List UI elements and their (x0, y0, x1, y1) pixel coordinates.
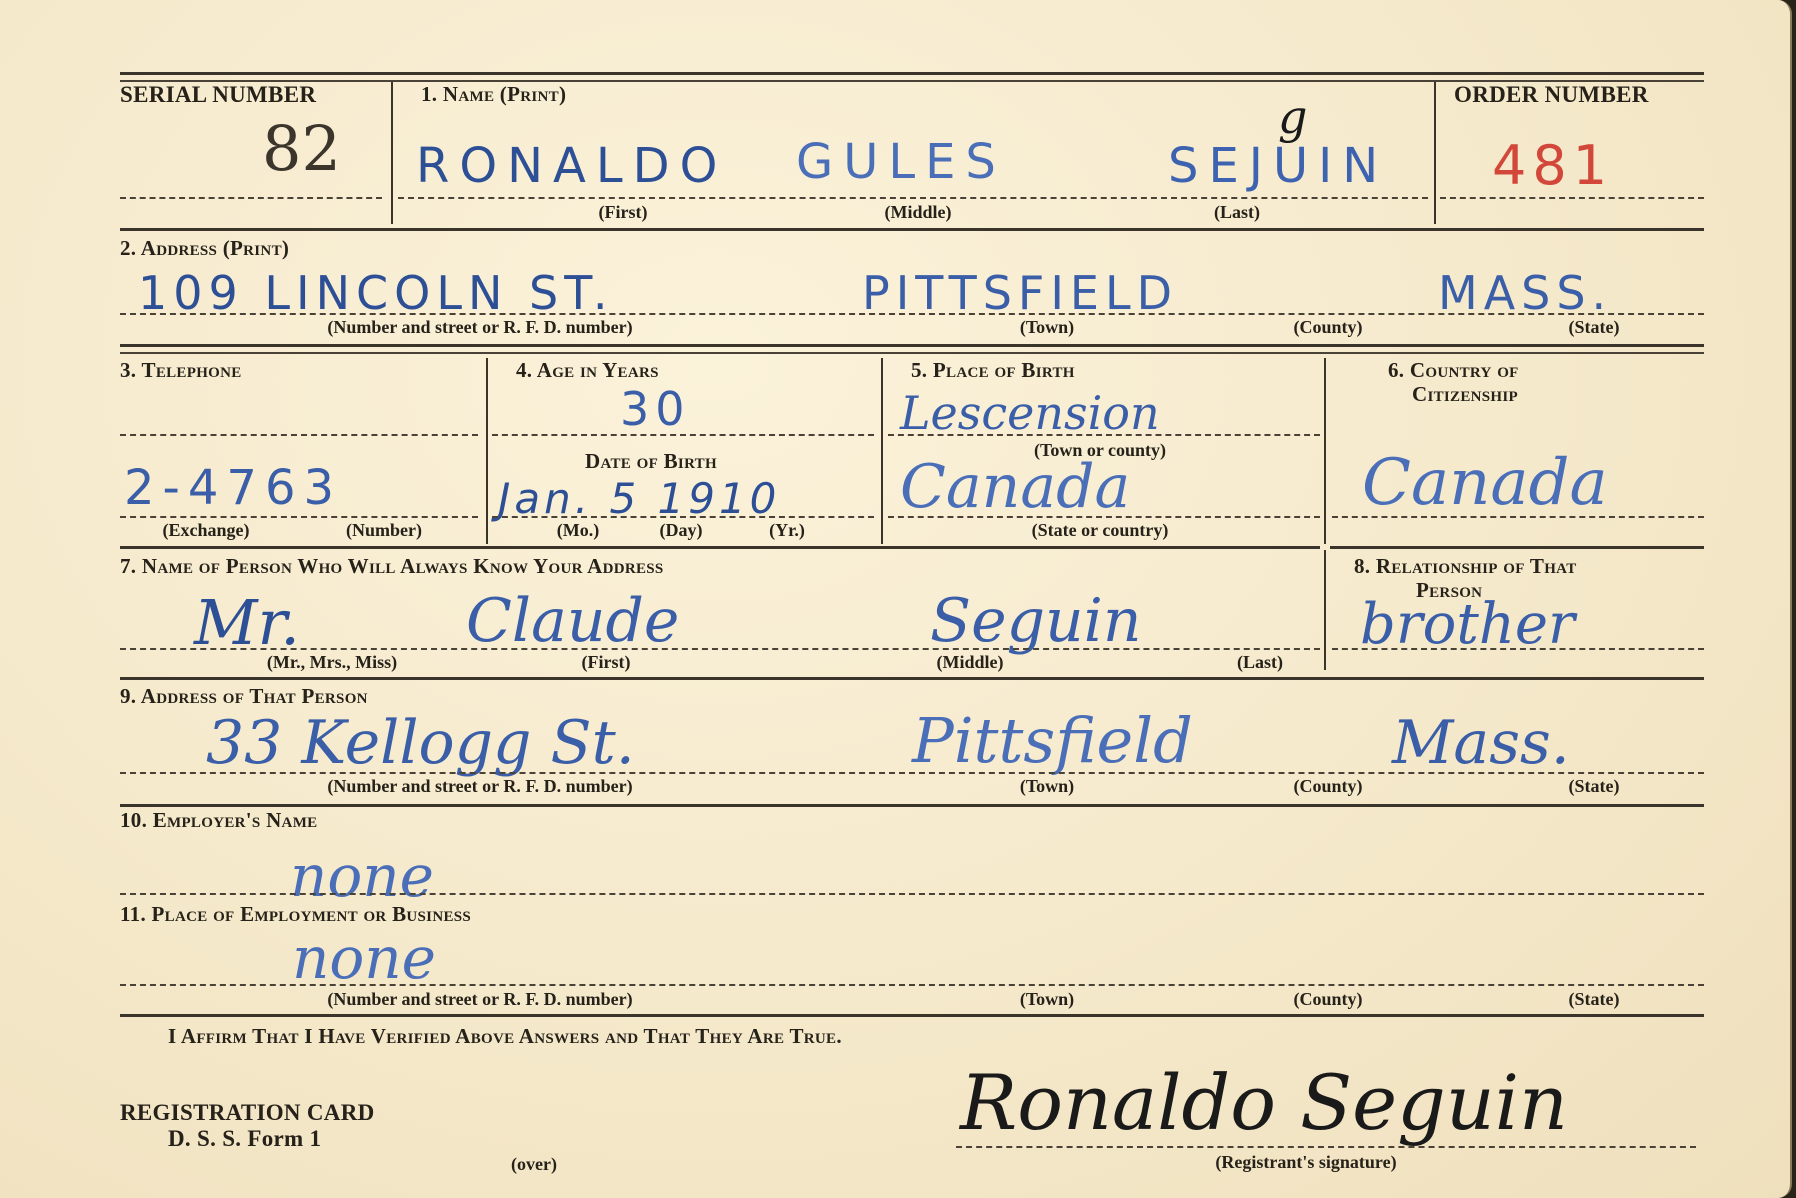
contact-underline (120, 648, 1320, 650)
contact-address-sub-state: (State) (1569, 776, 1620, 797)
dob-sub-year: (Yr.) (769, 520, 805, 541)
order-underline (1440, 197, 1704, 199)
telephone-sub-number: (Number) (346, 520, 422, 541)
telephone-label: 3. Telephone (120, 358, 242, 383)
telephone-value: 2-4763 (124, 460, 342, 516)
name-middle: GULES (796, 134, 1006, 190)
employer-underline (120, 893, 1704, 895)
telephone-upper-line (120, 434, 478, 436)
age-divider (881, 358, 883, 544)
employment-sub-county: (County) (1293, 989, 1362, 1010)
row2-bottom-rule-inner (120, 352, 1704, 354)
employment-place-underline (120, 984, 1704, 986)
name-sub-first: (First) (599, 202, 648, 223)
name-correction: g (1278, 90, 1307, 144)
employment-sub-street: (Number and street or R. F. D. number) (327, 989, 632, 1010)
employment-place-value: none (292, 924, 436, 992)
contact-sub-title: (Mr., Mrs., Miss) (267, 652, 397, 673)
dob-sub-day: (Day) (660, 520, 703, 541)
row3-bottom-rule-right (1330, 546, 1704, 549)
address-street: 109 LINCOLN ST. (138, 266, 613, 320)
citizenship-value: Canada (1362, 446, 1608, 520)
employment-sub-town: (Town) (1020, 989, 1074, 1010)
contact-sub-first: (First) (582, 652, 631, 673)
contact-divider (1324, 550, 1326, 670)
birthplace-country-underline (888, 516, 1320, 518)
birthplace-label: 5. Place of Birth (911, 358, 1075, 383)
name-last: SEJUIN (1168, 138, 1388, 194)
name-first: RONALDO (416, 138, 727, 194)
birthplace-country: Canada (900, 452, 1130, 522)
order-number-value: 481 (1492, 134, 1613, 197)
serial-underline (120, 197, 382, 199)
citizenship-label-line2: Citizenship (1412, 382, 1518, 407)
row1-bottom-rule (120, 228, 1704, 231)
telephone-underline (120, 516, 478, 518)
over-note: (over) (511, 1154, 557, 1175)
contact-sub-middle: (Middle) (937, 652, 1004, 673)
row11-bottom-rule (120, 1014, 1704, 1017)
contact-address-state: Mass. (1392, 708, 1570, 778)
serial-number-value: 82 (262, 112, 341, 185)
address-sub-town: (Town) (1020, 317, 1074, 338)
age-label: 4. Age in Years (516, 358, 659, 383)
contact-sub-last: (Last) (1237, 652, 1283, 673)
employment-sub-state: (State) (1569, 989, 1620, 1010)
employer-label: 10. Employer's Name (120, 808, 317, 833)
row7-bottom-rule (120, 677, 1704, 680)
name-underline (398, 197, 1428, 199)
form-number: D. S. S. Form 1 (168, 1126, 321, 1152)
affirmation-text: I Affirm That I Have Verified Above Answ… (168, 1024, 842, 1049)
address-sub-street: (Number and street or R. F. D. number) (327, 317, 632, 338)
contact-last: Seguin (930, 586, 1142, 656)
address-state: MASS. (1438, 266, 1612, 320)
contact-first: Claude (466, 586, 679, 656)
registration-card: SERIAL NUMBER 82 1. Name (Print) RONALDO… (0, 0, 1792, 1198)
contact-address-sub-county: (County) (1293, 776, 1362, 797)
serial-number-label: SERIAL NUMBER (120, 82, 316, 108)
address-sub-state: (State) (1569, 317, 1620, 338)
registrant-signature: Ronaldo Seguin (960, 1058, 1568, 1147)
row2-bottom-rule (120, 344, 1704, 347)
citizenship-underline (1332, 516, 1704, 518)
name-sub-middle: (Middle) (885, 202, 952, 223)
relationship-label-line1: 8. Relationship of That (1354, 554, 1577, 579)
address-town: PITTSFIELD (862, 266, 1178, 320)
order-number-label: ORDER NUMBER (1454, 82, 1649, 108)
birthplace-town: Lescension (900, 386, 1160, 440)
relationship-underline (1332, 648, 1704, 650)
contact-address-sub-street: (Number and street or R. F. D. number) (327, 776, 632, 797)
row9-bottom-rule (120, 804, 1704, 807)
employer-value: none (290, 842, 434, 910)
birthplace-divider (1324, 358, 1326, 544)
address-underline (120, 313, 1704, 315)
dob-underline (492, 516, 874, 518)
signature-sub-label: (Registrant's signature) (1215, 1152, 1396, 1173)
registration-card-title: REGISTRATION CARD (120, 1100, 375, 1126)
contact-address-label: 9. Address of That Person (120, 684, 368, 709)
citizenship-label-line1: 6. Country of (1388, 358, 1519, 383)
birthplace-town-underline (888, 434, 1320, 436)
serial-divider (391, 82, 393, 224)
telephone-divider (486, 358, 488, 544)
dob-sub-month: (Mo.) (557, 520, 599, 541)
date-of-birth-label: Date of Birth (585, 449, 717, 474)
contact-label: 7. Name of Person Who Will Always Know Y… (120, 554, 664, 579)
age-underline (492, 434, 874, 436)
row3-bottom-rule-left (120, 546, 1320, 549)
signature-underline (956, 1146, 1696, 1148)
contact-address-underline (120, 772, 1704, 774)
birthplace-sub-country: (State or country) (1032, 520, 1169, 541)
address-sub-county: (County) (1293, 317, 1362, 338)
age-value: 30 (620, 382, 691, 436)
name-sub-last: (Last) (1214, 202, 1260, 223)
order-divider (1434, 82, 1436, 224)
name-label: 1. Name (Print) (421, 82, 566, 107)
contact-address-street: 33 Kellogg St. (206, 708, 635, 778)
telephone-sub-exchange: (Exchange) (163, 520, 250, 541)
address-label: 2. Address (Print) (120, 236, 289, 261)
contact-address-town: Pittsfield (912, 704, 1193, 777)
top-rule (120, 72, 1704, 75)
contact-address-sub-town: (Town) (1020, 776, 1074, 797)
